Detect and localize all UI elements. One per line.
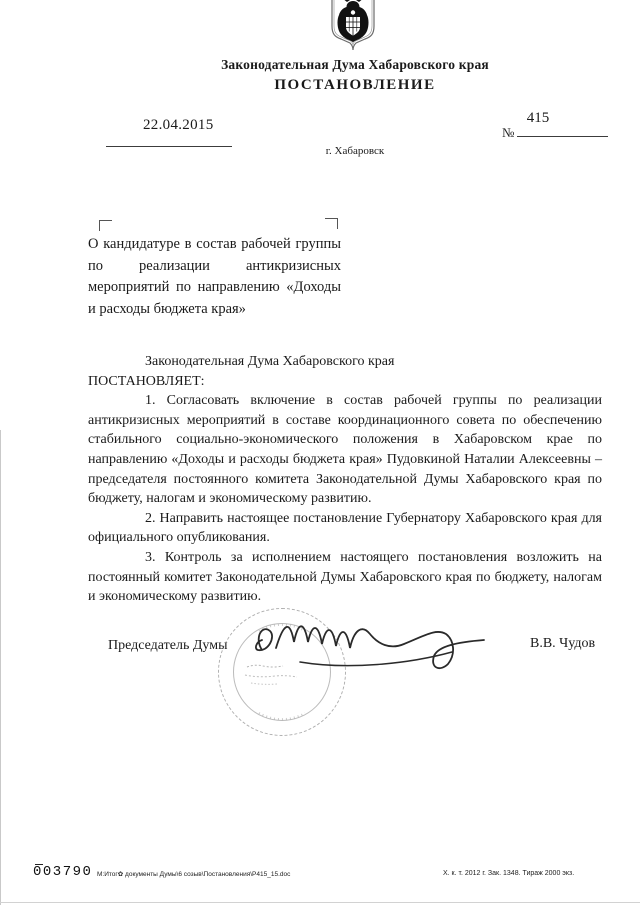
organization-name: Законодательная Дума Хабаровского края <box>70 57 640 73</box>
document-page: Законодательная Дума Хабаровского края П… <box>0 0 640 905</box>
file-path-note: М:Итог✿ документы Думы\6 созыв\Постановл… <box>97 870 427 878</box>
document-type-title: ПОСТАНОВЛЕНИЕ <box>70 77 640 94</box>
stamp-number-overline <box>35 864 43 865</box>
body-intro-line: Законодательная Дума Хабаровского края <box>88 352 602 372</box>
handwritten-signature <box>238 598 490 690</box>
document-number: 415 <box>515 110 561 127</box>
document-body: Законодательная Дума Хабаровского края П… <box>88 352 602 607</box>
scan-edge-left <box>0 430 1 905</box>
body-paragraph-2: 2. Направить настоящее постановление Губ… <box>88 509 602 548</box>
scan-edge-bottom <box>0 902 640 903</box>
body-paragraph-1: 1. Согласовать включение в состав рабоче… <box>88 391 602 509</box>
khabarovsk-krai-coat-of-arms-icon <box>326 0 380 52</box>
body-resolves-line: ПОСТАНОВЛЯЕТ: <box>88 372 602 392</box>
city-label: г. Хабаровск <box>70 145 640 157</box>
registration-stamp-number: 003790 <box>33 864 92 880</box>
signatory-position: Председатель Думы <box>108 638 228 654</box>
number-underline <box>517 136 608 137</box>
corner-bracket-right <box>325 218 338 229</box>
signatory-name: В.В. Чудов <box>530 636 595 652</box>
document-date: 22.04.2015 <box>143 117 214 134</box>
number-label: № <box>502 125 514 141</box>
print-shop-note: Х. к. т. 2012 г. Зак. 1348. Тираж 2000 э… <box>443 870 623 877</box>
document-subject: О кандидатуре в состав рабочей группы по… <box>88 234 341 320</box>
corner-bracket-left <box>99 220 112 231</box>
